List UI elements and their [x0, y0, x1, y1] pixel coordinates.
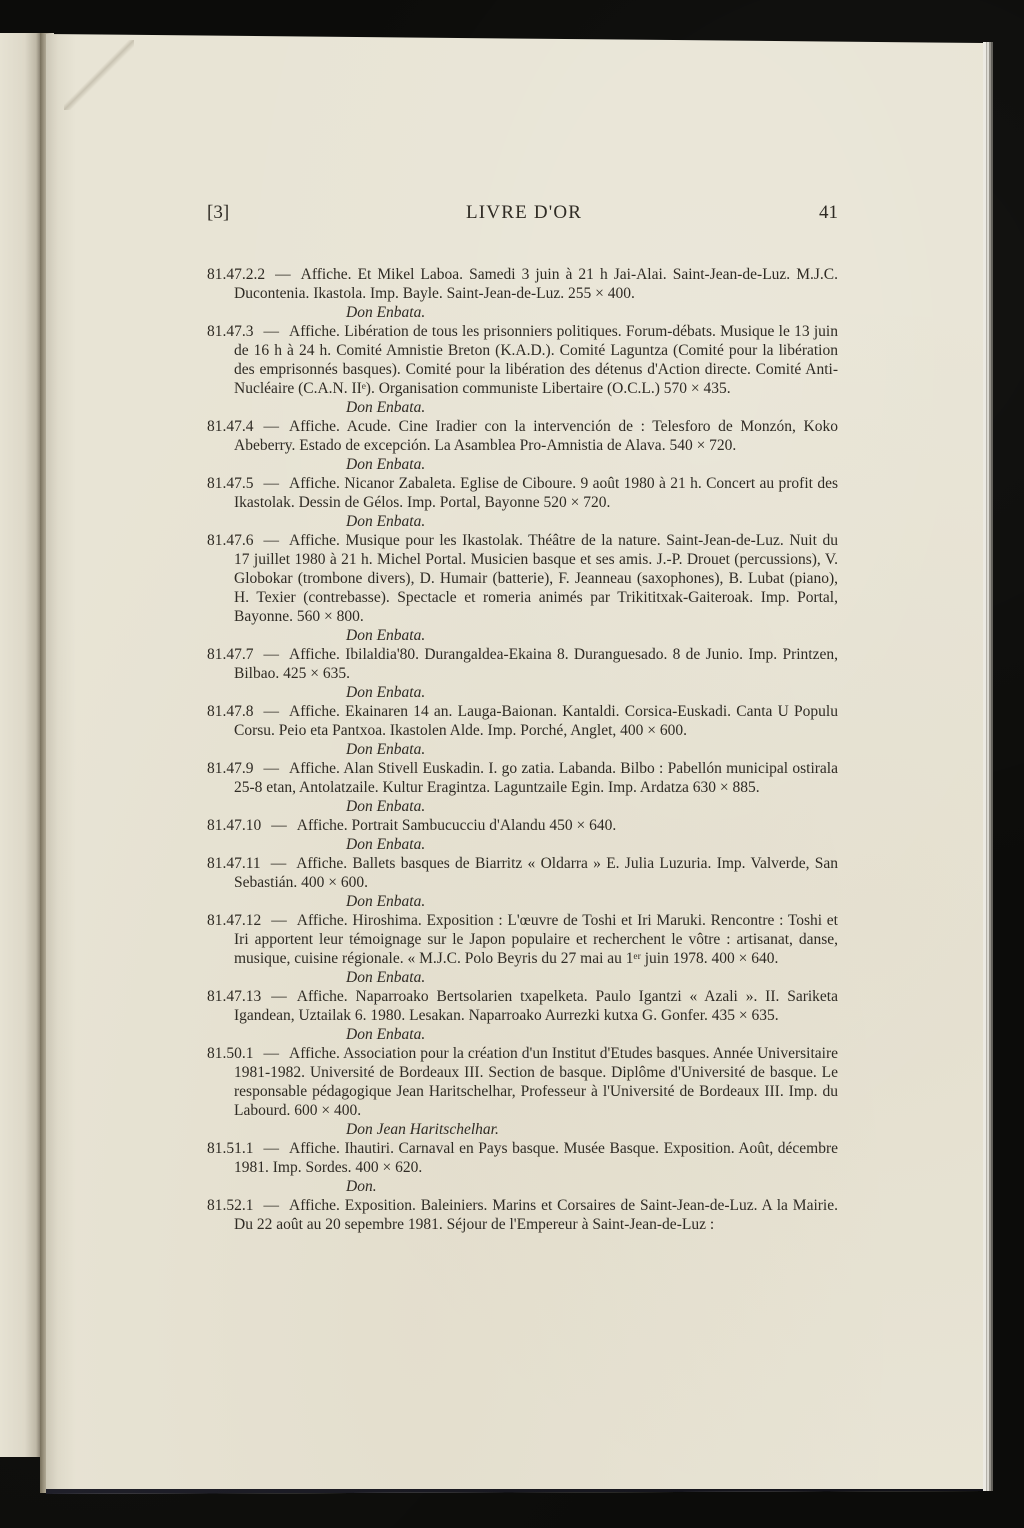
donation-line: Don Enbata.: [346, 740, 838, 759]
entry-separator: —: [254, 418, 290, 435]
entry-separator: —: [261, 855, 297, 872]
catalog-entry: 81.47.9—Affiche. Alan Stivell Euskadin. …: [207, 759, 838, 797]
entry-text: Affiche. Alan Stivell Euskadin. I. go za…: [234, 760, 838, 796]
donation-line: Don.: [346, 1177, 838, 1196]
entry-separator: —: [254, 760, 290, 777]
donation-line: Don Enbata.: [346, 455, 838, 474]
catalog-entry: 81.47.3—Affiche. Libération de tous les …: [207, 322, 838, 398]
entry-number: 81.47.10: [207, 817, 261, 834]
entry-separator: —: [254, 475, 290, 492]
entry-separator: —: [261, 912, 297, 929]
entry-number: 81.47.6: [207, 532, 254, 549]
catalog-entry: 81.47.13—Affiche. Naparroako Bertsolarie…: [207, 987, 838, 1025]
section-bracket-number: [3]: [207, 202, 229, 224]
facing-page-edge: [0, 33, 40, 1457]
page-title: LIVRE D'OR: [466, 202, 582, 224]
entry-number: 81.47.12: [207, 912, 261, 929]
entry-text: Affiche. Hiroshima. Exposition : L'œuvre…: [234, 912, 838, 967]
entry-text: Affiche. Ibilaldia'80. Durangaldea-Ekain…: [234, 646, 838, 682]
donation-line: Don Enbata.: [346, 683, 838, 702]
donation-line: Don Enbata.: [346, 892, 838, 911]
donation-line: Don Enbata.: [346, 303, 838, 322]
entry-text: Affiche. Exposition. Baleiniers. Marins …: [234, 1197, 838, 1233]
entry-text: Affiche. Naparroako Bertsolarien txapelk…: [234, 988, 838, 1024]
entry-text: Affiche. Nicanor Zabaleta. Eglise de Cib…: [234, 475, 838, 511]
entry-number: 81.47.3: [207, 323, 254, 340]
entry-separator: —: [254, 1140, 290, 1157]
entry-separator: —: [254, 1045, 290, 1062]
scan-background: [3] LIVRE D'OR 41 81.47.2.2—Affiche. Et …: [0, 0, 1024, 1528]
book-page: [3] LIVRE D'OR 41 81.47.2.2—Affiche. Et …: [46, 34, 983, 1494]
page-header: [3] LIVRE D'OR 41: [207, 202, 838, 224]
entry-text: Affiche. Association pour la création d'…: [234, 1045, 838, 1119]
donation-line: Don Enbata.: [346, 398, 838, 417]
donation-line: Don Jean Haritschelhar.: [346, 1120, 838, 1139]
catalog-entry: 81.47.12—Affiche. Hiroshima. Exposition …: [207, 911, 838, 968]
donation-line: Don Enbata.: [346, 626, 838, 645]
page-number: 41: [819, 202, 838, 224]
entry-separator: —: [254, 703, 290, 720]
donation-line: Don Enbata.: [346, 968, 838, 987]
entry-separator: —: [261, 817, 297, 834]
entry-text: Affiche. Ballets basques de Biarritz « O…: [234, 855, 838, 891]
catalog-entry: 81.47.5—Affiche. Nicanor Zabaleta. Eglis…: [207, 474, 838, 512]
entry-number: 81.47.11: [207, 855, 261, 872]
paper-crease: [64, 40, 134, 110]
entry-text: Affiche. Portrait Sambucucciu d'Alandu 4…: [297, 817, 616, 834]
donation-line: Don Enbata.: [346, 797, 838, 816]
catalog-entry: 81.51.1—Affiche. Ihautiri. Carnaval en P…: [207, 1139, 838, 1177]
entry-number: 81.47.2.2: [207, 266, 265, 283]
catalog-entry: 81.47.2.2—Affiche. Et Mikel Laboa. Samed…: [207, 265, 838, 303]
catalog-entries: 81.47.2.2—Affiche. Et Mikel Laboa. Samed…: [207, 265, 838, 1234]
entry-number: 81.47.4: [207, 418, 254, 435]
entry-separator: —: [265, 266, 301, 283]
catalog-entry: 81.52.1—Affiche. Exposition. Baleiniers.…: [207, 1196, 838, 1234]
catalog-entry: 81.47.11—Affiche. Ballets basques de Bia…: [207, 854, 838, 892]
entry-text: Affiche. Acude. Cine Iradier con la inte…: [234, 418, 838, 454]
catalog-entry: 81.47.7—Affiche. Ibilaldia'80. Durangald…: [207, 645, 838, 683]
entry-separator: —: [254, 646, 290, 663]
catalog-entry: 81.47.10—Affiche. Portrait Sambucucciu d…: [207, 816, 838, 835]
donation-line: Don Enbata.: [346, 512, 838, 531]
entry-number: 81.50.1: [207, 1045, 254, 1062]
donation-line: Don Enbata.: [346, 835, 838, 854]
page-stack-edge: [983, 42, 993, 1491]
entry-text: Affiche. Ekainaren 14 an. Lauga-Baionan.…: [234, 703, 838, 739]
entry-separator: —: [254, 1197, 290, 1214]
entry-number: 81.47.8: [207, 703, 254, 720]
entry-text: Affiche. Ihautiri. Carnaval en Pays basq…: [234, 1140, 838, 1176]
catalog-entry: 81.47.8—Affiche. Ekainaren 14 an. Lauga-…: [207, 702, 838, 740]
entry-text: Affiche. Musique pour les Ikastolak. Thé…: [234, 532, 838, 625]
entry-number: 81.51.1: [207, 1140, 254, 1157]
entry-number: 81.47.13: [207, 988, 261, 1005]
catalog-entry: 81.47.4—Affiche. Acude. Cine Iradier con…: [207, 417, 838, 455]
entry-text: Affiche. Et Mikel Laboa. Samedi 3 juin à…: [234, 266, 838, 302]
entry-number: 81.47.7: [207, 646, 254, 663]
entry-separator: —: [261, 988, 297, 1005]
entry-separator: —: [254, 532, 290, 549]
donation-line: Don Enbata.: [346, 1025, 838, 1044]
entry-text: Affiche. Libération de tous les prisonni…: [234, 323, 838, 397]
entry-number: 81.47.5: [207, 475, 254, 492]
entry-number: 81.47.9: [207, 760, 254, 777]
catalog-entry: 81.47.6—Affiche. Musique pour les Ikasto…: [207, 531, 838, 626]
entry-separator: —: [254, 323, 290, 340]
entry-number: 81.52.1: [207, 1197, 254, 1214]
catalog-entry: 81.50.1—Affiche. Association pour la cré…: [207, 1044, 838, 1120]
